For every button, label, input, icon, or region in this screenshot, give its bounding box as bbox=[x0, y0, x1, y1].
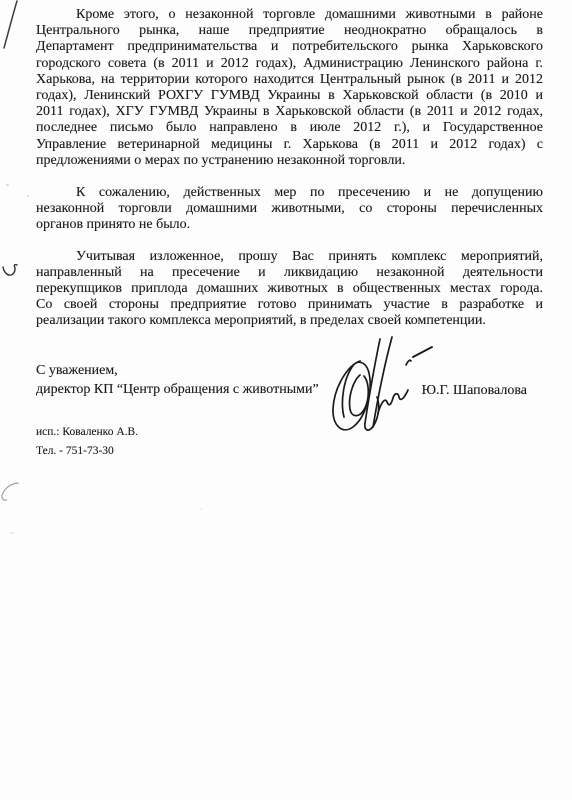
paragraph-line: 2011 годах), ХГУ ГУМВД Украины в Харьков… bbox=[36, 104, 543, 120]
paragraph-line: Центрального рынка, наше предприятие нео… bbox=[36, 23, 543, 39]
paragraph-line: органов принято не было. bbox=[36, 217, 543, 233]
paragraph-line: незаконной торговли домашними животными,… bbox=[36, 201, 543, 217]
paragraph-line: перекупщиков приплода домашних животных … bbox=[36, 281, 543, 297]
scan-speck bbox=[6, 184, 9, 186]
paragraph-line: Со своей стороны предприятие готово прин… bbox=[36, 297, 543, 313]
scan-speck bbox=[10, 532, 14, 534]
diagonal-pen-stroke-icon bbox=[0, 0, 24, 56]
signatory-name: Ю.Г. Шаповалова bbox=[422, 381, 527, 400]
scanned-letter-page: Кроме этого, о незаконной торговле домаш… bbox=[0, 0, 572, 800]
paragraph-line: К сожалению, действенных мер по пресечен… bbox=[36, 185, 543, 201]
handwritten-signature bbox=[316, 335, 436, 447]
paragraph-line: Кроме этого, о незаконной торговле домаш… bbox=[36, 7, 543, 23]
curved-pen-mark-icon bbox=[0, 480, 20, 504]
paragraph-request: Учитывая изложенное, прошу Вас принять к… bbox=[36, 249, 543, 330]
paragraph-line: последнее письмо было направлено в июле … bbox=[36, 120, 543, 136]
closing-block: С уважением, директор КП “Центр обращени… bbox=[36, 361, 543, 399]
paragraph-line: Харькова, на территории которого находит… bbox=[36, 72, 543, 88]
signatory-title: директор КП “Центр обращения с животными… bbox=[36, 382, 319, 397]
paragraph-line: Учитывая изложенное, прошу Вас принять к… bbox=[36, 249, 543, 265]
paragraph-line: предложениями о мерах по устранению неза… bbox=[36, 153, 543, 169]
paragraph-line: Управление ветеринарной медицины г. Харь… bbox=[36, 137, 543, 153]
paragraph-appeals-history: Кроме этого, о незаконной торговле домаш… bbox=[36, 7, 543, 169]
paragraph-line: годах), Ленинский РОХГУ ГУМВД Украины в … bbox=[36, 88, 543, 104]
check-pen-mark-icon bbox=[2, 262, 20, 282]
paragraph-line: городского совета (в 2011 и 2012 годах),… bbox=[36, 56, 543, 72]
scan-speck bbox=[200, 508, 203, 510]
phone-line: Тел. - 751-73-30 bbox=[36, 442, 138, 461]
scan-speck bbox=[27, 195, 29, 197]
paragraph-line: Департамент предпринимательства и потреб… bbox=[36, 39, 543, 55]
executor-line: исп.: Коваленко А.В. bbox=[36, 423, 138, 442]
paragraph-no-measures-taken: К сожалению, действенных мер по пресечен… bbox=[36, 185, 543, 234]
signatory-row: директор КП “Центр обращения с животными… bbox=[36, 380, 543, 399]
paragraph-line: реализации такого комплекса мероприятий,… bbox=[36, 313, 543, 329]
letter-body: Кроме этого, о незаконной торговле домаш… bbox=[36, 7, 543, 330]
executor-block: исп.: Коваленко А.В. Тел. - 751-73-30 bbox=[36, 423, 138, 460]
paragraph-line: направленный на пресечение и ликвидацию … bbox=[36, 265, 543, 281]
salutation: С уважением, bbox=[36, 361, 543, 380]
